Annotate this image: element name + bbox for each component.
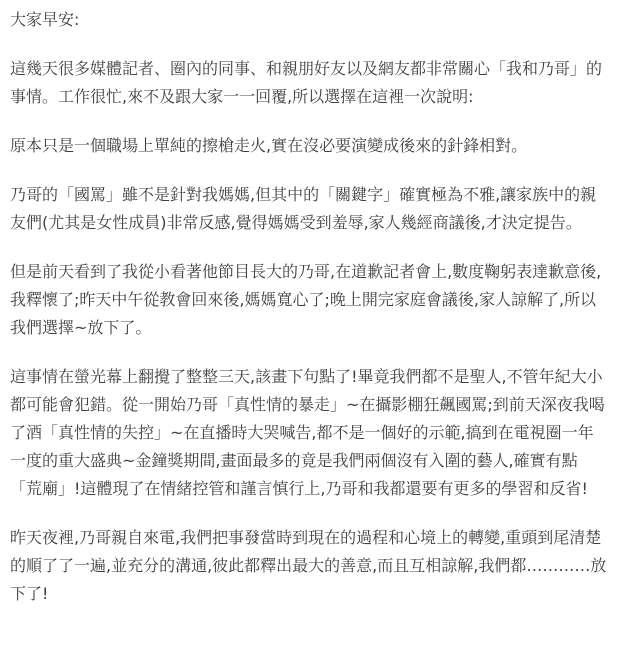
post-content: 大家早安: 這幾天很多媒體記者、圈內的同事、和親朋好友以及網友都非常關心「我和乃… <box>0 0 619 608</box>
paragraph-closure: 昨天夜裡,乃哥親自來電,我們把事發當時到現在的過程和心境上的轉變,重頭到尾清楚的… <box>10 524 607 608</box>
paragraph-family-react: 乃哥的「國罵」雖不是針對我媽媽,但其中的「關鍵字」確實極為不雅,讓家族中的親友們… <box>10 181 607 237</box>
paragraph-greeting: 大家早安: <box>10 6 607 34</box>
paragraph-reflection: 這事情在螢光幕上翻攪了整整三天,該畫下句點了!畢竟我們都不是聖人,不管年紀大小都… <box>10 363 607 503</box>
paragraph-forgiveness: 但是前天看到了我從小看著他節目長大的乃哥,在道歉記者會上,數度鞠躬表達歉意後,我… <box>10 258 607 342</box>
paragraph-origin: 原本只是一個職場上單純的擦槍走火,實在沒必要演變成後來的針鋒相對。 <box>10 132 607 160</box>
paragraph-intro: 這幾天很多媒體記者、圈內的同事、和親朋好友以及網友都非常關心「我和乃哥」的事情。… <box>10 55 607 111</box>
